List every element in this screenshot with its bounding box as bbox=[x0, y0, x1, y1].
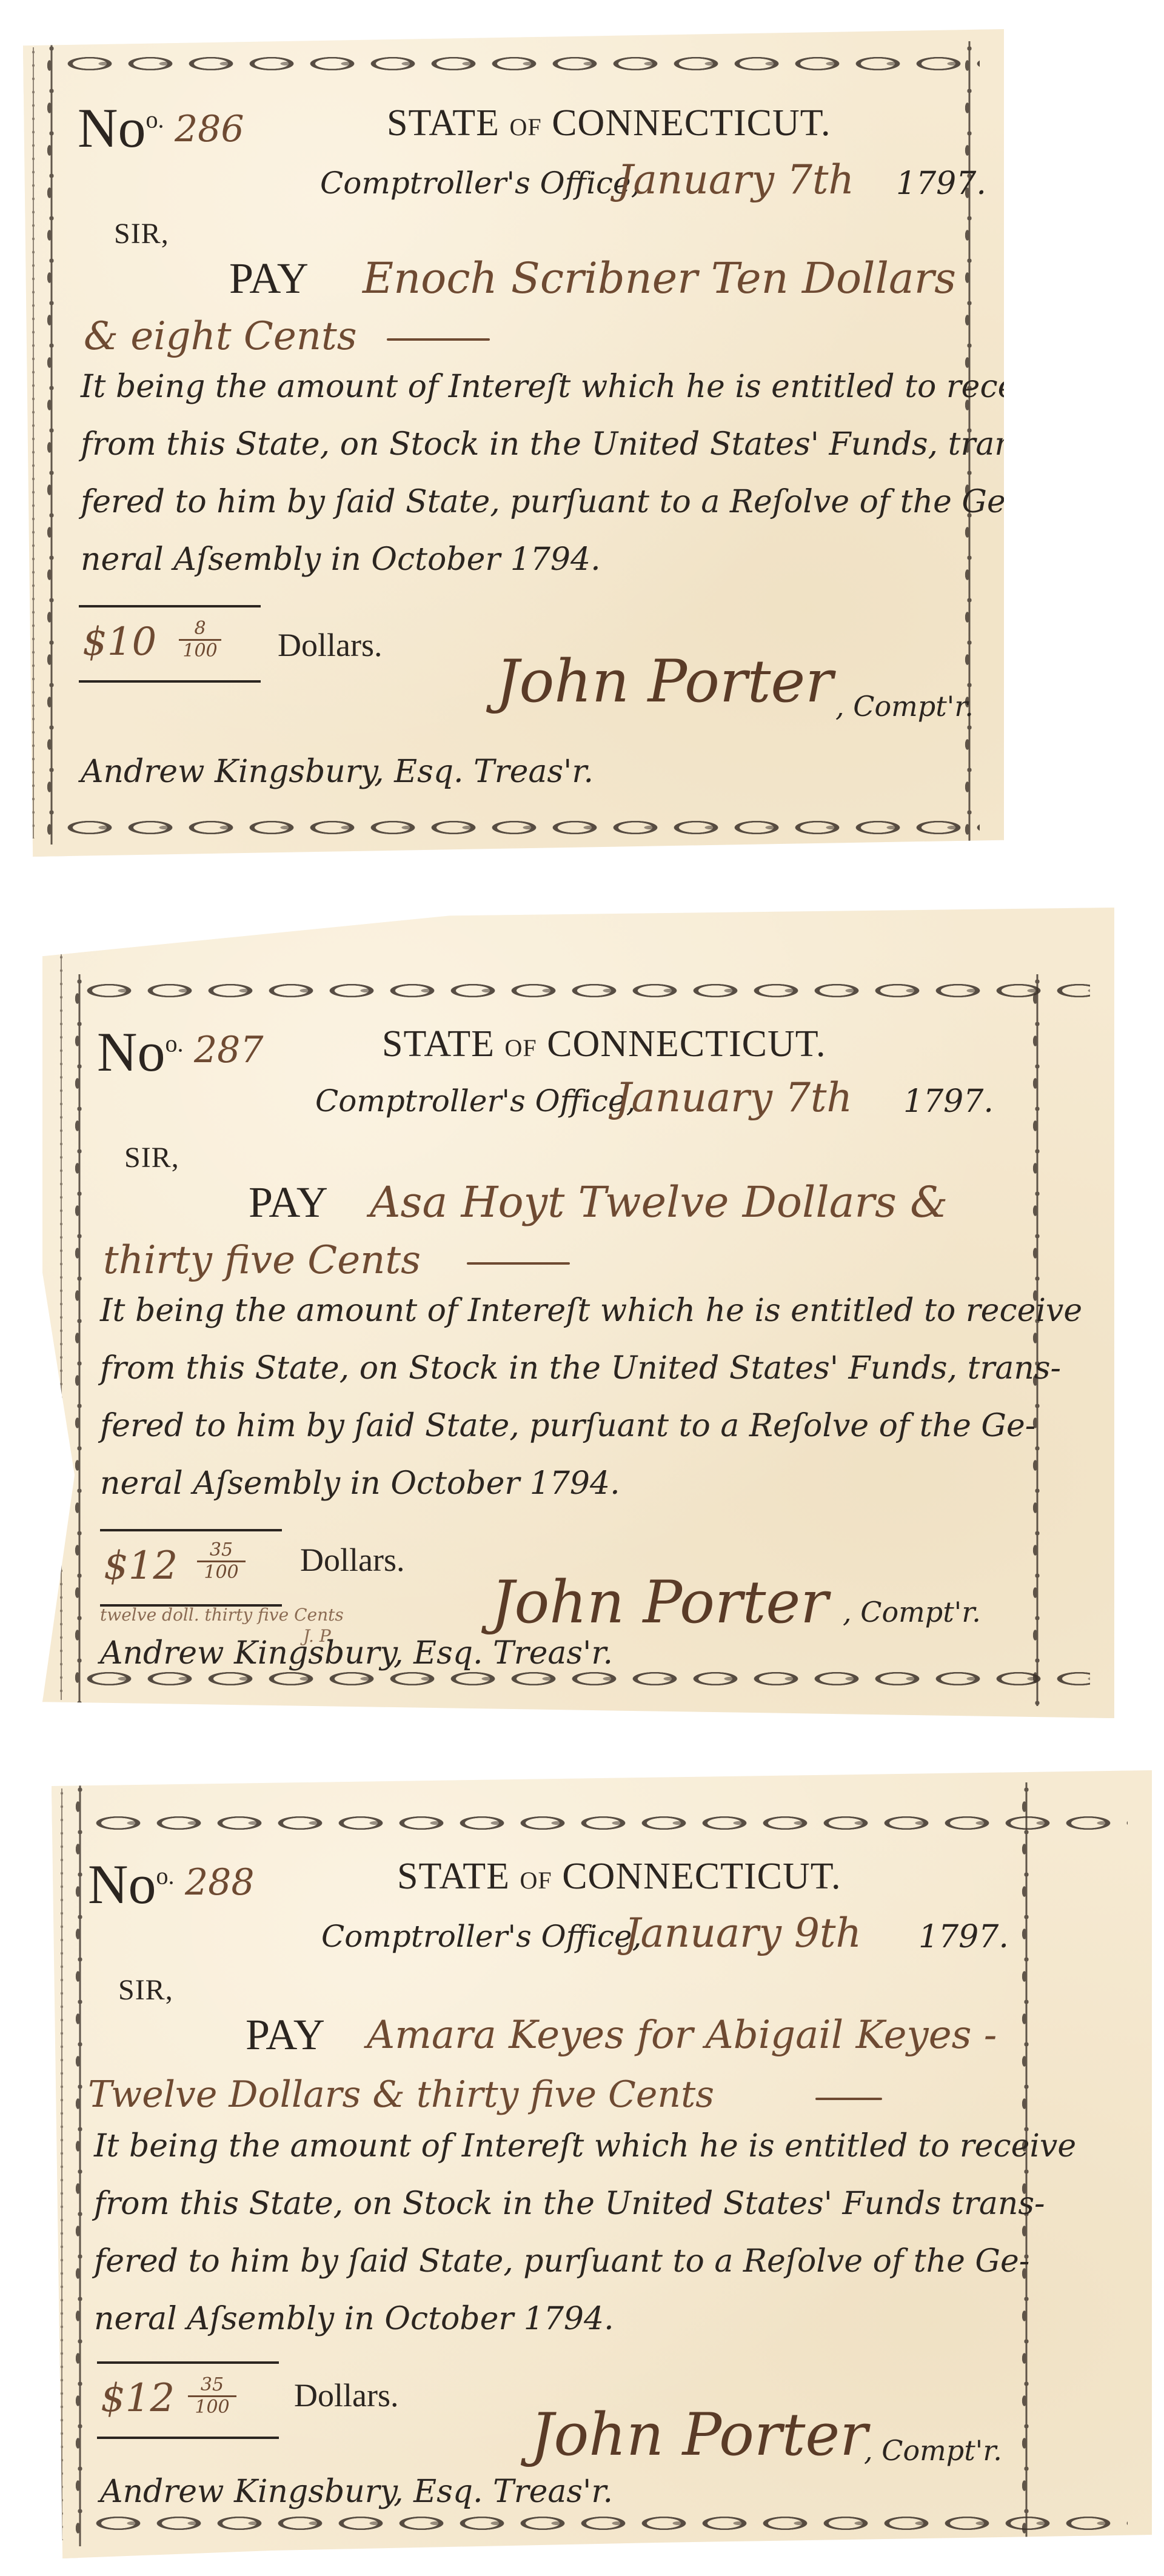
amount-fraction: 8 100 bbox=[179, 618, 221, 661]
office-label: Comptroller's Office, bbox=[315, 1083, 636, 1119]
body-line-4: neral Aſsembly in October 1794. bbox=[94, 2301, 614, 2337]
payee-line-1: Asa Hoyt Twelve Dollars & bbox=[370, 1177, 948, 1227]
amount-whole: $12 bbox=[104, 1544, 178, 1588]
left-ornament-strip bbox=[56, 1788, 67, 2540]
date-month-day: January 7th bbox=[615, 1074, 852, 1121]
salutation: SIR, bbox=[118, 1973, 173, 2007]
top-chain-border bbox=[79, 980, 1090, 1001]
amount-box: $12 35 100 bbox=[97, 2361, 279, 2439]
left-ornament-strip bbox=[56, 926, 67, 1700]
dollars-label: Dollars. bbox=[294, 2377, 398, 2414]
dollars-label: Dollars. bbox=[300, 1541, 404, 1579]
number-label: Noo. bbox=[78, 96, 164, 160]
treasurer-line: Andrew Kingsbury, Esq. Treas'r. bbox=[100, 2474, 613, 2510]
document-title: STATE OF CONNECTICUT. bbox=[387, 102, 831, 145]
flourish-line bbox=[467, 1262, 570, 1265]
salutation: SIR, bbox=[124, 1141, 179, 1174]
left-vine-border bbox=[69, 974, 90, 1706]
body-line-1: It being the amount of Intereſt which he… bbox=[81, 369, 1063, 405]
body-line-3: fered to him by ſaid State, purſuant to … bbox=[100, 1408, 1035, 1444]
payee-line-1: Amara Keyes for Abigail Keyes - bbox=[367, 2013, 997, 2058]
document-number: 286 bbox=[175, 108, 244, 150]
dollars-label: Dollars. bbox=[278, 626, 382, 664]
bottom-chain-border bbox=[88, 2513, 1128, 2534]
treasurer-line: Andrew Kingsbury, Esq. Treas'r. bbox=[81, 754, 594, 790]
bottom-chain-border bbox=[59, 817, 980, 838]
date-year: 1797. bbox=[918, 1919, 1009, 1955]
date-month-day: January 7th bbox=[617, 156, 854, 203]
number-label: Noo. bbox=[97, 1020, 183, 1084]
left-vine-border bbox=[41, 41, 62, 845]
body-line-2: from this State, on Stock in the United … bbox=[94, 2186, 1045, 2222]
amount-box: $12 35 100 bbox=[100, 1529, 282, 1607]
amount-whole: $10 bbox=[82, 620, 156, 664]
document-title: STATE OF CONNECTICUT. bbox=[382, 1023, 826, 1066]
payee-line-2: & eight Cents bbox=[84, 314, 357, 359]
salutation: SIR, bbox=[114, 217, 169, 250]
date-month-day: January 9th bbox=[624, 1910, 861, 1956]
pay-label: PAY bbox=[246, 2010, 325, 2060]
payee-line-2: Twelve Dollars & thirty five Cents bbox=[88, 2073, 714, 2116]
right-vine-border bbox=[1027, 974, 1048, 1706]
document-title: STATE OF CONNECTICUT. bbox=[397, 1855, 841, 1898]
flourish-line bbox=[387, 338, 490, 341]
amount-fraction: 35 100 bbox=[188, 2375, 236, 2418]
signature-title: , Compt'r. bbox=[843, 1596, 981, 1628]
payee-line-1: Enoch Scribner Ten Dollars bbox=[363, 253, 956, 303]
amount-fraction: 35 100 bbox=[197, 1540, 246, 1583]
body-line-1: It being the amount of Intereſt which he… bbox=[94, 2128, 1076, 2164]
office-label: Comptroller's Office, bbox=[321, 1919, 642, 1954]
signature-title: , Compt'r. bbox=[864, 2434, 1002, 2467]
pay-label: PAY bbox=[229, 253, 309, 304]
document-288: Noo. 288 STATE OF CONNECTICUT. Comptroll… bbox=[52, 1770, 1152, 2558]
top-chain-border bbox=[88, 1813, 1128, 1833]
body-line-4: neral Aſsembly in October 1794. bbox=[100, 1465, 620, 1502]
top-chain-border bbox=[59, 53, 980, 74]
document-number: 287 bbox=[194, 1029, 264, 1071]
amount-box: $10 8 100 bbox=[79, 605, 261, 683]
payee-line-2: thirty five Cents bbox=[103, 1238, 421, 1283]
body-line-1: It being the amount of Intereſt which he… bbox=[100, 1293, 1082, 1329]
office-label: Comptroller's Office, bbox=[320, 166, 641, 201]
right-vine-border bbox=[1016, 1782, 1037, 2546]
body-line-2: from this State, on Stock in the United … bbox=[100, 1350, 1061, 1387]
date-year: 1797. bbox=[903, 1083, 994, 1120]
flourish-line bbox=[815, 2098, 882, 2100]
amount-whole: $12 bbox=[101, 2376, 175, 2421]
comptroller-signature: John Porter bbox=[530, 2401, 868, 2469]
bottom-chain-border bbox=[79, 1668, 1090, 1689]
signature-title: , Compt'r. bbox=[835, 690, 974, 723]
pay-label: PAY bbox=[249, 1177, 328, 1228]
comptroller-signature: John Porter bbox=[496, 647, 833, 715]
left-vine-border bbox=[70, 1782, 90, 2546]
number-label: Noo. bbox=[88, 1852, 174, 1916]
body-line-2: from this State, on Stock in the United … bbox=[81, 426, 1042, 463]
body-line-3: fered to him by ſaid State, purſuant to … bbox=[94, 2243, 1029, 2280]
comptroller-signature: John Porter bbox=[491, 1568, 828, 1636]
document-287: Noo. 287 STATE OF CONNECTICUT. Comptroll… bbox=[42, 908, 1114, 1718]
treasurer-line: Andrew Kingsbury, Esq. Treas'r. bbox=[100, 1635, 613, 1671]
body-line-4: neral Aſsembly in October 1794. bbox=[81, 541, 601, 578]
document-286: Noo. 286 STATE OF CONNECTICUT. Comptroll… bbox=[23, 29, 1004, 857]
left-ornament-strip bbox=[28, 47, 39, 838]
amount-annotation: twelve doll. thirty five Cents bbox=[100, 1605, 344, 1625]
body-line-3: fered to him by ſaid State, purſuant to … bbox=[81, 484, 1016, 520]
date-year: 1797. bbox=[896, 166, 986, 202]
document-number: 288 bbox=[185, 1861, 255, 1904]
